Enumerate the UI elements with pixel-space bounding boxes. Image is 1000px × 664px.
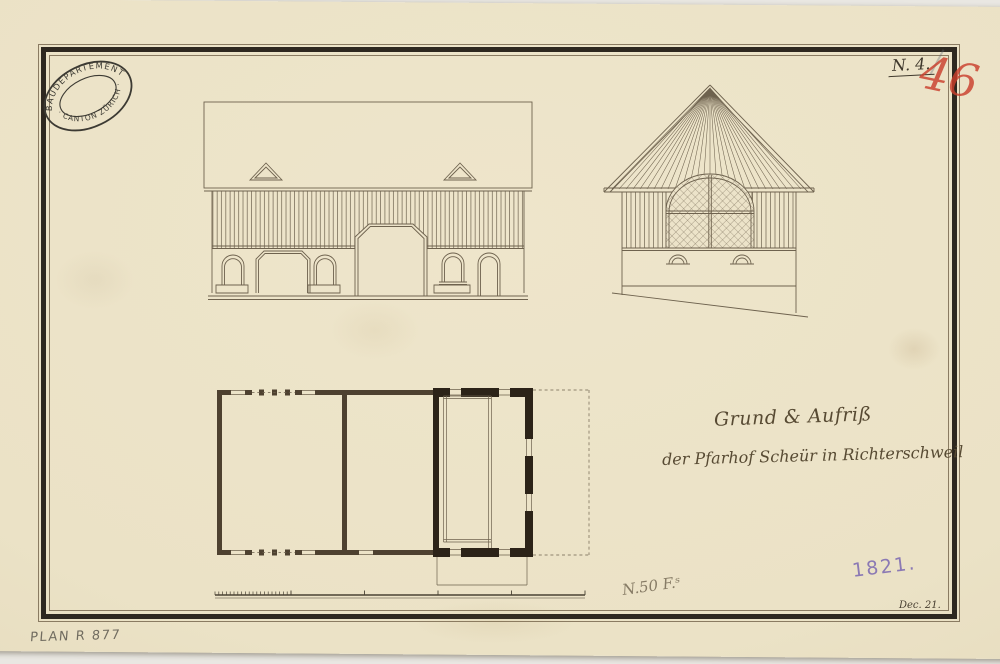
ground-line [208,296,528,300]
chamfered-door [256,251,310,293]
scale-bar [215,591,585,599]
scanned-plan-sheet: BAUDEPARTEMENT · CANTON ZÜRICH · N. 4. 4… [0,0,1000,664]
front-elevation-drawing [198,96,538,308]
masonry-walls [433,388,533,557]
inner-lining [444,396,492,548]
gable-elevation-drawing [602,80,817,320]
dormer-vent-right [444,163,476,180]
plinth-blocks [216,285,470,293]
corner-note: Dec. 21. [899,600,941,611]
foundation-ground [612,286,808,317]
timber-walls [217,390,433,556]
arched-door [478,253,500,296]
lower-wall [622,248,796,286]
lunette-opening [730,255,754,264]
red-crayon-number: 46 [916,48,983,105]
arched-window [222,255,244,285]
dashed-extension [533,390,589,555]
archive-number: PLAN R 877 [29,628,121,645]
floor-plan-drawing [205,382,600,610]
arched-window [314,255,336,285]
arched-window [439,253,467,285]
siding-left [622,192,666,248]
siding-right [752,192,796,248]
roof-face [204,102,532,188]
lunette-opening [666,255,690,264]
central-gate [355,224,427,296]
entry-ramp [437,557,527,585]
dormer-vent-left [250,163,282,180]
